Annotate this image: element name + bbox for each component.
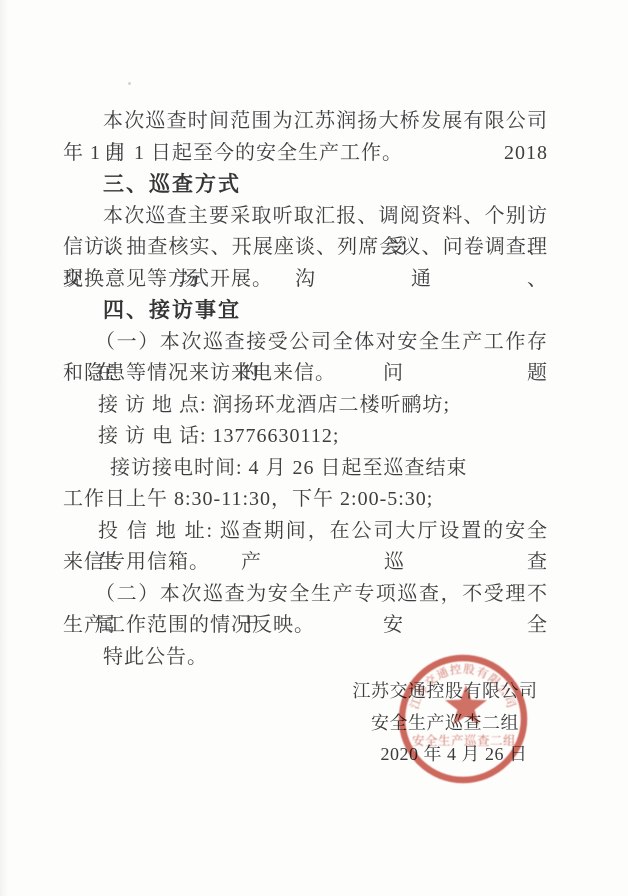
section-heading-inspection-method: 三、巡查方式 (63, 169, 548, 201)
doc-line: 信访、抽查核实、开展座谈、列席会议、问卷调查、现场沟通、 (63, 232, 548, 264)
reception-address-line: 接 访 地 点: 润扬环龙酒店二楼听鹂坊; (63, 390, 548, 422)
section-heading-reception-matters: 四、接访事宜 (63, 295, 548, 327)
seal-bottom-text: 安全生产巡查二组 (412, 733, 516, 748)
scan-artifact-speck (128, 82, 131, 85)
scanned-notice-page: 本次巡查时间范围为江苏润扬大桥发展有限公司自 2018 年 1 月 1 日起至今… (0, 0, 628, 896)
doc-line: （二）本次巡查为安全生产专项巡查，不受理不属于安全 (63, 579, 548, 611)
reception-time-line: 接访接电时间: 4 月 26 日起至巡查结束 (63, 453, 548, 485)
doc-line: 本次巡查主要采取听取汇报、调阅资料、个别访谈、受理 (63, 201, 548, 233)
official-seal-stamp: 江苏交通控股有限公司 安全生产巡查二组 (388, 644, 538, 794)
doc-line: （一）本次巡查接受公司全体对安全生产工作存在的问题 (63, 327, 548, 359)
doc-line: 本次巡查时间范围为江苏润扬大桥发展有限公司自 2018 (63, 106, 548, 138)
working-hours-line: 工作日上午 8:30-11:30，下午 2:00-5:30; (63, 484, 548, 516)
seal-ring (402, 658, 524, 780)
reception-phone-line: 接 访 电 话: 13776630112; (63, 421, 548, 453)
seal-star-icon (445, 685, 487, 725)
mail-address-line: 投 信 地 址: 巡查期间，在公司大厅设置的安全生产巡查 (63, 516, 548, 548)
scan-artifact-edge (0, 0, 8, 896)
